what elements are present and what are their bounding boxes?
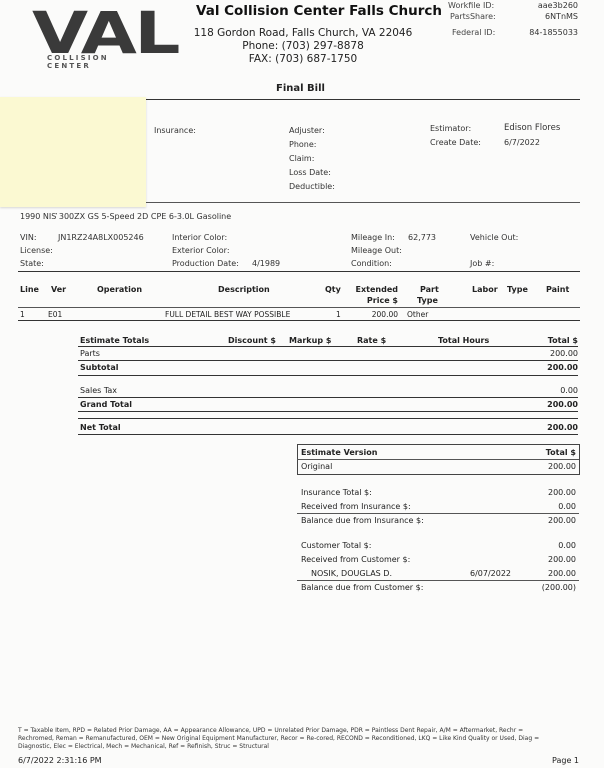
received-insurance-value: 0.00 (520, 502, 576, 511)
mileage-in-label: Mileage In: (351, 233, 395, 242)
received-customer-label: Received from Customer $: (301, 555, 410, 564)
estimator-label: Estimator: (430, 124, 471, 133)
federal-id-value: 84-1855033 (510, 28, 578, 37)
row-part-type: Other (407, 310, 428, 319)
page-number: Page 1 (552, 756, 579, 765)
balance-insurance-label: Balance due from Insurance $: (301, 516, 424, 525)
parts-label: Parts (80, 349, 100, 358)
row-line: 1 (20, 310, 25, 319)
sticky-note-redaction (0, 97, 146, 207)
subtotal-value: 200.00 (520, 363, 578, 372)
divider (297, 580, 579, 581)
row-description: FULL DETAIL BEST WAY POSSIBLE (165, 310, 290, 319)
divider (78, 397, 578, 398)
company-fax: FAX: (703) 687-1750 (180, 53, 426, 65)
payment-amount: 200.00 (520, 569, 576, 578)
balance-customer-value: (200.00) (520, 583, 576, 592)
divider (18, 320, 580, 321)
divider (146, 202, 580, 203)
estimator-value: Edison Flores (504, 123, 560, 133)
divider (78, 411, 578, 412)
condition-label: Condition: (351, 259, 392, 268)
production-date-value: 4/1989 (252, 259, 280, 268)
divider (78, 346, 578, 347)
vin-label: VIN: (20, 233, 37, 242)
estimate-version-total-header: Total $ (520, 448, 576, 457)
received-insurance-label: Received from Insurance $: (301, 502, 411, 511)
vehicle-out-label: Vehicle Out: (470, 233, 518, 242)
divider (146, 99, 580, 100)
license-label: License: (20, 246, 53, 255)
divider (18, 271, 580, 272)
logo-subtitle: COLLISION CENTER (47, 54, 109, 70)
row-qty: 1 (336, 310, 341, 319)
sales-tax-label: Sales Tax (80, 386, 117, 395)
col-type: Type (507, 285, 528, 294)
divider (78, 434, 578, 435)
divider (18, 307, 580, 308)
col-extended: Extended (350, 285, 398, 294)
phone-label: Phone: (289, 140, 316, 149)
estimate-version-header: Estimate Version (301, 448, 377, 457)
production-date-label: Production Date: (172, 259, 239, 268)
company-phone: Phone: (703) 297-8878 (180, 40, 426, 52)
partsshare-label: PartsShare: (450, 12, 496, 21)
divider (78, 375, 578, 376)
col-operation: Operation (97, 285, 142, 294)
divider (297, 513, 579, 514)
create-date-value: 6/7/2022 (504, 138, 540, 147)
parts-value: 200.00 (520, 349, 578, 358)
deductible-label: Deductible: (289, 182, 335, 191)
insurance-label: Insurance: (154, 126, 196, 135)
payment-date: 6/07/2022 (470, 569, 511, 578)
divider (78, 418, 578, 419)
balance-insurance-value: 200.00 (520, 516, 576, 525)
col-ver: Ver (51, 285, 66, 294)
sales-tax-value: 0.00 (520, 386, 578, 395)
vin-value: JN1RZ24A8LX005246 (58, 233, 144, 242)
col-line: Line (20, 285, 39, 294)
adjuster-label: Adjuster: (289, 126, 325, 135)
col-description: Description (218, 285, 270, 294)
insurance-total-label: Insurance Total $: (301, 488, 372, 497)
interior-color-label: Interior Color: (172, 233, 227, 242)
received-customer-value: 200.00 (520, 555, 576, 564)
document-title: Final Bill (276, 83, 325, 94)
payer-name: NOSIK, DOUGLAS D. (311, 569, 392, 578)
abbreviation-legend: T = Taxable Item, RPD = Related Prior Da… (18, 727, 558, 751)
col-part: Part (420, 285, 439, 294)
col-markup: Markup $ (289, 336, 331, 345)
balance-customer-label: Balance due from Customer $: (301, 583, 423, 592)
subtotal-label: Subtotal (80, 363, 118, 372)
company-name: Val Collision Center Falls Church (196, 3, 442, 19)
version-name: Original (301, 462, 332, 471)
workfile-id-value: aae3b260 (520, 1, 578, 10)
row-ver: E01 (48, 310, 62, 319)
net-total-label: Net Total (80, 423, 121, 432)
partsshare-value: 6NTnMS (520, 12, 578, 21)
insurance-total-value: 200.00 (520, 488, 576, 497)
col-paint: Paint (546, 285, 569, 294)
vehicle-description: 1990 NIS̕ 300ZX GS 5-Speed 2D CPE 6-3.0L… (20, 212, 231, 221)
company-address: 118 Gordon Road, Falls Church, VA 22046 (180, 27, 426, 39)
divider (78, 360, 578, 361)
divider (297, 459, 579, 460)
claim-label: Claim: (289, 154, 314, 163)
col-total: Total $ (520, 336, 578, 345)
loss-date-label: Loss Date: (289, 168, 331, 177)
estimate-totals-header: Estimate Totals (80, 336, 149, 345)
customer-total-value: 0.00 (520, 541, 576, 550)
col-total-hours: Total Hours (438, 336, 489, 345)
federal-id-label: Federal ID: (452, 28, 495, 37)
col-qty: Qty (325, 285, 341, 294)
workfile-id-label: Workfile ID: (448, 1, 494, 10)
exterior-color-label: Exterior Color: (172, 246, 230, 255)
version-total: 200.00 (520, 462, 576, 471)
row-ext-price: 200.00 (350, 310, 398, 319)
grand-total-label: Grand Total (80, 400, 132, 409)
grand-total-value: 200.00 (520, 400, 578, 409)
print-timestamp: 6/7/2022 2:31:16 PM (18, 756, 102, 765)
create-date-label: Create Date: (430, 138, 481, 147)
col-part-type: Type (417, 296, 438, 305)
customer-total-label: Customer Total $: (301, 541, 371, 550)
state-label: State: (20, 259, 44, 268)
mileage-in-value: 62,773 (408, 233, 436, 242)
col-labor: Labor (472, 285, 498, 294)
col-price: Price $ (350, 296, 398, 305)
col-discount: Discount $ (228, 336, 276, 345)
job-number-label: Job #: (470, 259, 494, 268)
net-total-value: 200.00 (520, 423, 578, 432)
col-rate: Rate $ (357, 336, 386, 345)
mileage-out-label: Mileage Out: (351, 246, 402, 255)
